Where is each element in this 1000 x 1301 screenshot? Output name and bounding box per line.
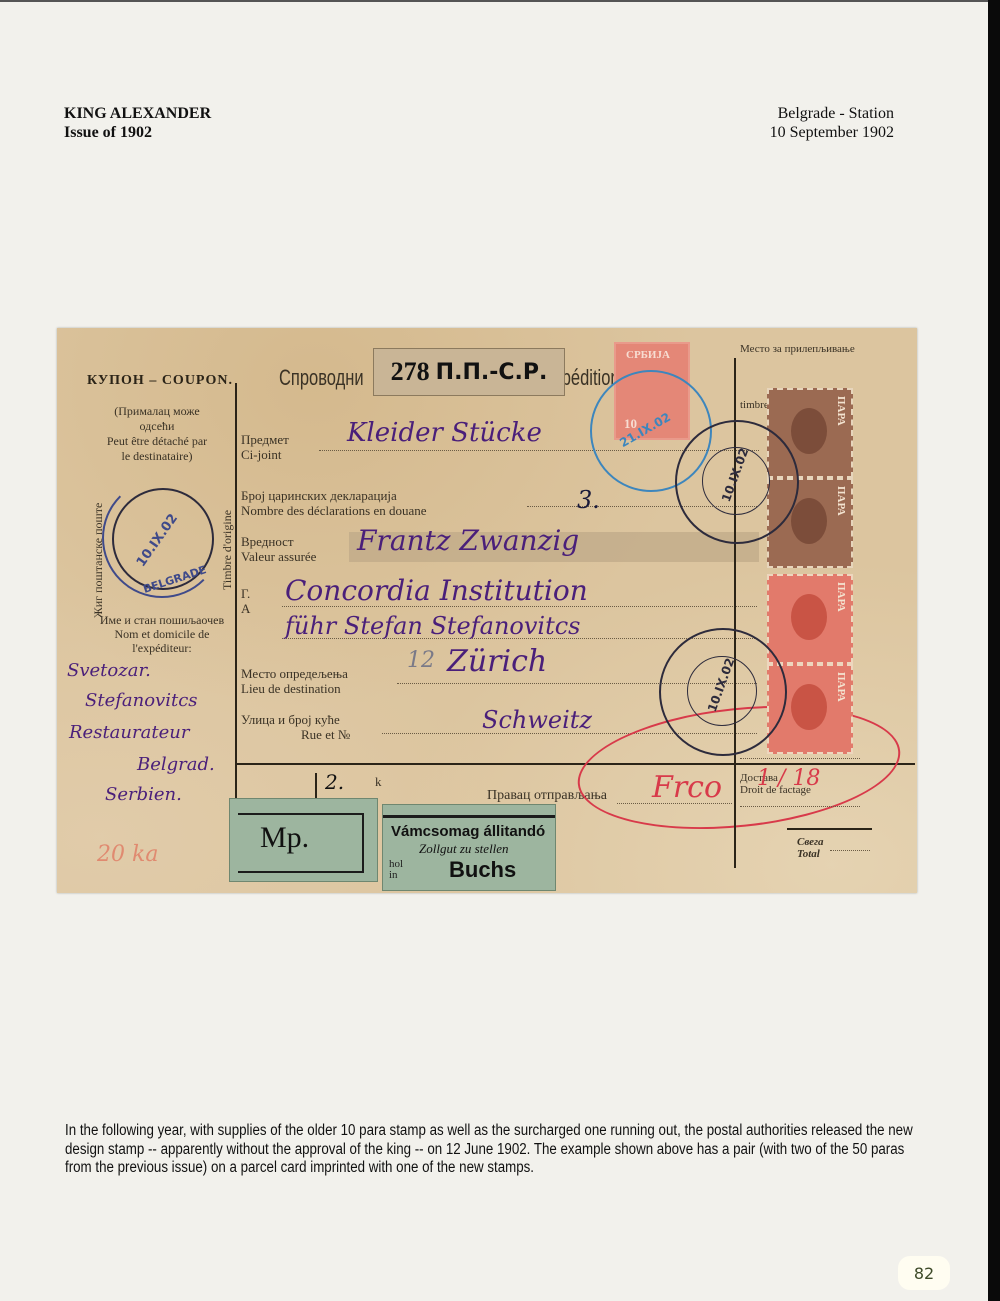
sender-name-first: Svetozar. bbox=[67, 660, 151, 681]
recipient-institution: Concordia Institution bbox=[285, 574, 588, 607]
stamp-area-label-fr: timbre bbox=[740, 398, 769, 413]
page-right-edge bbox=[988, 0, 1000, 1301]
coupon-note: (Прималац може одсећи Peut être détaché … bbox=[77, 404, 237, 464]
field-object-label: ПредметCi-joint bbox=[241, 432, 289, 462]
page-number: 82 bbox=[898, 1256, 950, 1290]
label-fr: Valeur assurée bbox=[241, 549, 316, 564]
field-declarations-value: 3. bbox=[577, 486, 600, 514]
label-sr: Вредност bbox=[241, 534, 316, 549]
mp-label-text: Mp. bbox=[260, 821, 309, 855]
king-portrait-icon bbox=[791, 594, 827, 640]
exhibit-title-main: KING ALEXANDER bbox=[64, 104, 211, 123]
stamp-currency: ПАРА bbox=[835, 396, 847, 426]
mp-label: Mp. bbox=[229, 798, 378, 882]
coupon-note-line: Peut être détaché par bbox=[77, 434, 237, 449]
registration-code: П.П.-С.Р. bbox=[436, 360, 548, 385]
label-sr: Улица и број куће bbox=[241, 712, 350, 727]
field-recipient-label: Г.A bbox=[241, 586, 250, 616]
field-object-value: Kleider Stücke bbox=[347, 418, 542, 448]
customs-label-rule bbox=[383, 815, 555, 818]
customs-label: Vámcsomag állitandó Zollgut zu stellen h… bbox=[382, 804, 556, 891]
label-sr: Свега bbox=[797, 836, 824, 848]
sender-country: Serbien. bbox=[105, 784, 182, 805]
total-label: СвегаTotal bbox=[797, 836, 824, 860]
sender-label-line: Nom et domicile de bbox=[77, 627, 247, 641]
label-sr: Г. bbox=[241, 586, 250, 601]
item-location: Belgrade - Station 10 September 1902 bbox=[770, 104, 894, 142]
customs-label-place: Buchs bbox=[449, 857, 516, 883]
label-fr: Total bbox=[797, 848, 824, 860]
stamp-10-para-1: ПАРА bbox=[767, 574, 853, 664]
destination-city: Zürich bbox=[447, 644, 547, 679]
item-location-place: Belgrade - Station bbox=[770, 104, 894, 123]
customs-label-prep: holin bbox=[389, 859, 403, 881]
field-declarations-label: Број царинских декларацијаNombre des déc… bbox=[241, 488, 427, 518]
sender-city: Belgrad. bbox=[137, 754, 215, 775]
recipient-name: Frantz Zwanzig bbox=[357, 524, 579, 557]
exhibit-title: KING ALEXANDER Issue of 1902 bbox=[64, 104, 211, 142]
weight-unit: k bbox=[375, 774, 382, 789]
field-value-label: ВредностValeur assurée bbox=[241, 534, 316, 564]
sender-name-last: Stefanovitcs bbox=[85, 690, 198, 711]
label-fr: Ci-joint bbox=[241, 447, 289, 462]
recipient-care-of: führ Stefan Stefanovitcs bbox=[285, 612, 581, 640]
customs-label-hungarian: Vámcsomag állitandó bbox=[391, 823, 545, 840]
sender-occupation: Restaurateur bbox=[69, 722, 189, 743]
sender-label-line: Име и стан пошиљаочев bbox=[77, 613, 247, 627]
king-portrait-icon bbox=[791, 684, 827, 730]
label-sr: Предмет bbox=[241, 432, 289, 447]
registration-label: 278 П.П.-С.Р. bbox=[373, 348, 565, 396]
registration-number: 278 bbox=[391, 357, 430, 387]
label-fr: Nombre des déclarations en douane bbox=[241, 503, 427, 518]
field-street-label: Улица и број кућеRue et № bbox=[241, 712, 350, 742]
sender-label: Име и стан пошиљаочев Nom et domicile de… bbox=[77, 613, 247, 655]
king-portrait-icon bbox=[791, 408, 827, 454]
pencil-note: 20 ka bbox=[97, 842, 158, 867]
stamp-area-line bbox=[740, 758, 860, 759]
label-fr: A bbox=[241, 601, 250, 616]
delivery-value: 1 / 18 bbox=[757, 766, 820, 791]
coupon-note-line: одсећи bbox=[77, 419, 237, 434]
label-sr: Место опредељења bbox=[241, 666, 348, 681]
form-title-left: Спроводни bbox=[279, 370, 364, 385]
stamp-area-label: Место за прилепљивање bbox=[740, 342, 855, 357]
page-top-edge bbox=[0, 0, 1000, 2]
destination-country: Schweitz bbox=[482, 706, 592, 734]
parcel-card: КУПОН – COUPON. (Прималац може одсећи Pe… bbox=[57, 328, 917, 893]
exhibit-caption: In the following year, with supplies of … bbox=[65, 1122, 916, 1178]
customs-label-german: Zollgut zu stellen bbox=[419, 841, 509, 857]
total-line bbox=[830, 850, 870, 851]
delivery-line bbox=[740, 806, 860, 807]
coupon-vertical-label-fr: Timbre d'origine bbox=[220, 510, 235, 590]
prep-in: in bbox=[389, 870, 403, 881]
pencil-number: 12 bbox=[407, 648, 435, 673]
coupon-note-line: (Прималац може bbox=[77, 404, 237, 419]
king-portrait-icon bbox=[791, 498, 827, 544]
imprinted-stamp-country: СРБИЈА bbox=[626, 348, 670, 363]
label-fr: Rue et № bbox=[241, 727, 350, 742]
item-location-date: 10 September 1902 bbox=[770, 123, 894, 142]
stamp-currency: ПАРА bbox=[835, 486, 847, 516]
total-rule bbox=[787, 828, 872, 830]
label-fr: Lieu de destination bbox=[241, 681, 348, 696]
stamp-currency: ПАРА bbox=[835, 582, 847, 612]
coupon-note-line: le destinataire) bbox=[77, 449, 237, 464]
weight-value: 2. bbox=[325, 770, 344, 794]
coupon-title: КУПОН – COUPON. bbox=[87, 373, 233, 388]
field-destination-label: Место опредељењаLieu de destination bbox=[241, 666, 348, 696]
exhibit-title-sub: Issue of 1902 bbox=[64, 123, 211, 142]
stamp-currency: ПАРА bbox=[835, 672, 847, 702]
sender-label-line: l'expéditeur: bbox=[77, 641, 247, 655]
label-sr: Број царинских декларација bbox=[241, 488, 427, 503]
